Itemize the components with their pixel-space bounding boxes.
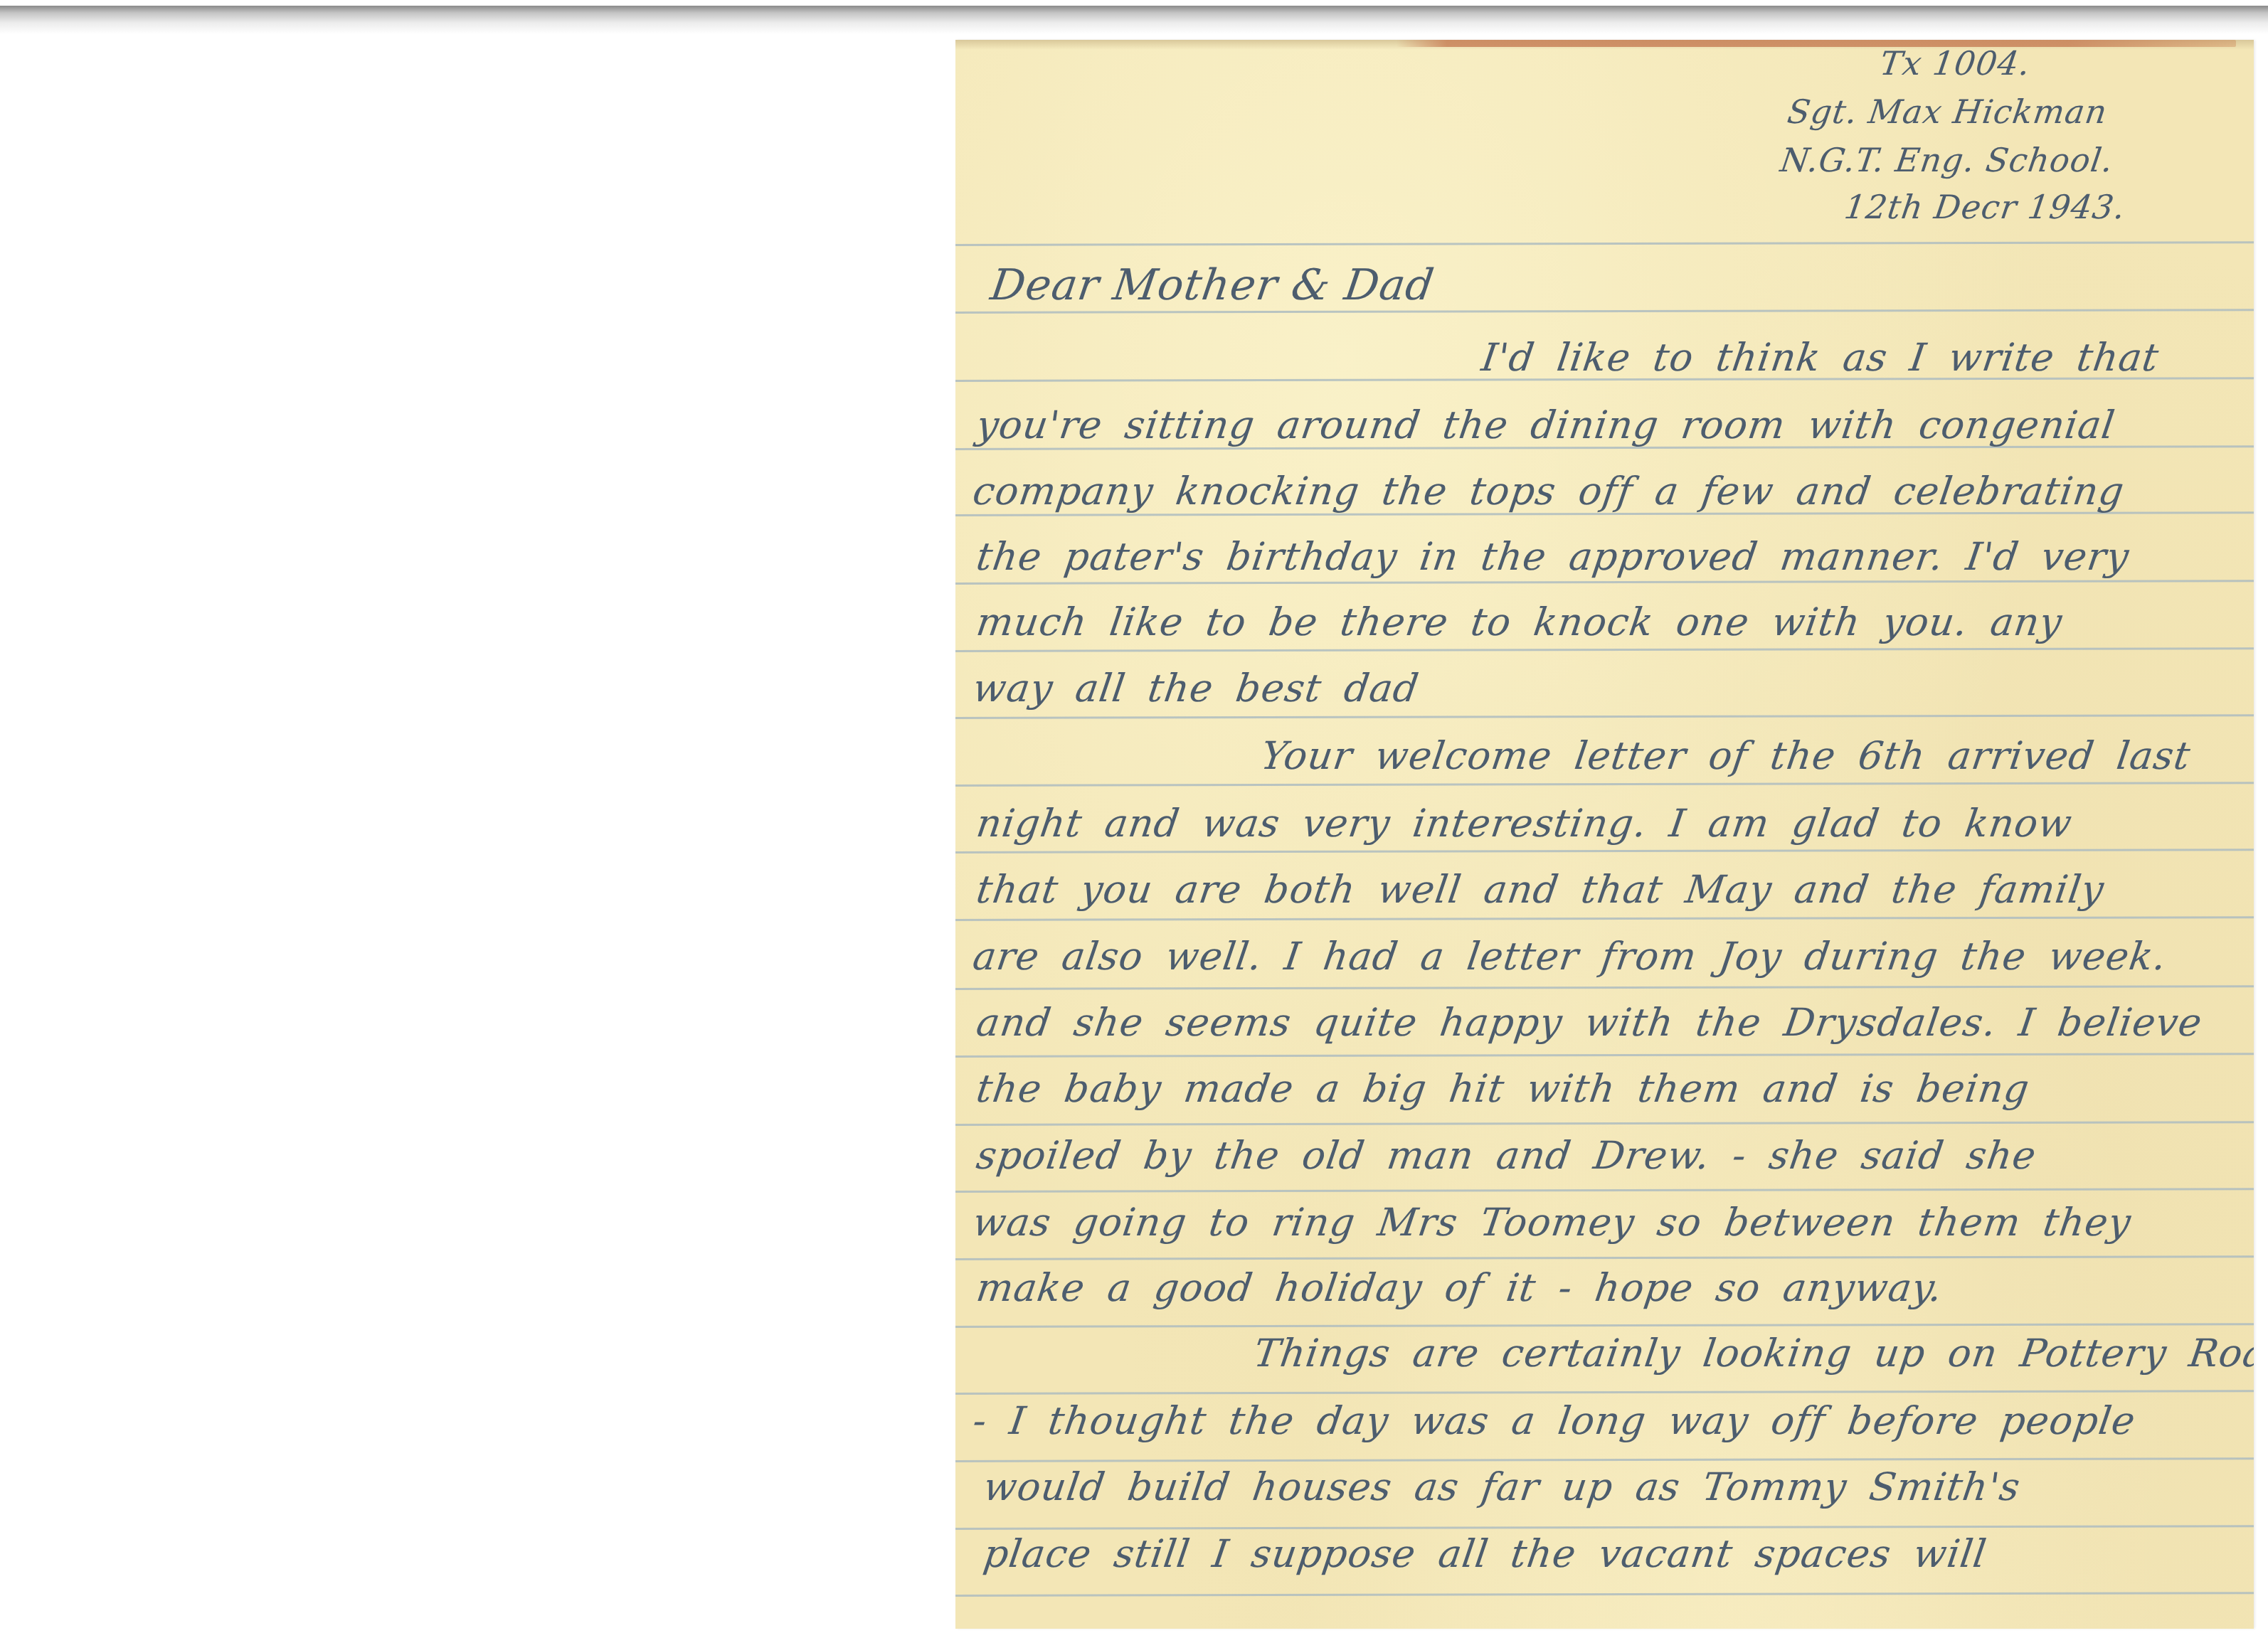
ruled-line bbox=[955, 916, 2254, 921]
letter-line: was going to ring Mrs Toomey so between … bbox=[970, 1203, 2134, 1242]
letter-page: Tx 1004. Sgt. Max Hickman N.G.T. Eng. Sc… bbox=[955, 40, 2254, 1629]
service-number: Tx 1004. bbox=[1878, 47, 2033, 80]
letter-line: make a good holiday of it - hope so anyw… bbox=[974, 1269, 1945, 1307]
letter-line: place still I suppose all the vacant spa… bbox=[981, 1535, 1989, 1573]
ruled-line bbox=[955, 647, 2254, 652]
ruled-line bbox=[955, 1525, 2254, 1530]
letter-line: the pater's birthday in the approved man… bbox=[974, 538, 2131, 576]
letter-line: way all the best dad bbox=[970, 669, 1421, 708]
letter-line: - I thought the day was a long way off b… bbox=[970, 1402, 2138, 1440]
ruled-line bbox=[955, 1188, 2254, 1193]
ruled-line bbox=[955, 1390, 2254, 1395]
ruled-line bbox=[955, 1592, 2254, 1597]
ruled-line bbox=[955, 714, 2254, 719]
letter-line: are also well. I had a letter from Joy d… bbox=[970, 937, 2169, 976]
letter-line: Things are certainly looking up on Potte… bbox=[1251, 1334, 2254, 1373]
letter-line: much like to be there to knock one with … bbox=[974, 603, 2065, 642]
ruled-line bbox=[955, 241, 2254, 246]
ruled-line bbox=[955, 849, 2254, 853]
letter-line: night and was very interesting. I am gla… bbox=[974, 804, 2074, 843]
ruled-line bbox=[955, 1323, 2254, 1328]
salutation: Dear Mother & Dad bbox=[988, 264, 1437, 307]
letter-date: 12th Decr 1943. bbox=[1843, 191, 2128, 223]
letter-line: spoiled by the old man and Drew. - she s… bbox=[974, 1137, 2039, 1175]
scanner-shadow bbox=[0, 6, 2268, 34]
ruled-line bbox=[955, 1255, 2254, 1260]
sender-unit: N.G.T. Eng. School. bbox=[1779, 144, 2116, 176]
sender-name: Sgt. Max Hickman bbox=[1786, 95, 2109, 128]
letter-line: Your welcome letter of the 6th arrived l… bbox=[1258, 737, 2193, 775]
ruled-line bbox=[955, 985, 2254, 990]
letter-line: I'd like to think as I write that bbox=[1479, 339, 2161, 377]
ruled-line bbox=[955, 782, 2254, 787]
letter-line: and she seems quite happy with the Drysd… bbox=[974, 1004, 2205, 1042]
letter-line: would build houses as far up as Tommy Sm… bbox=[981, 1468, 2023, 1506]
letter-line: that you are both well and that May and … bbox=[974, 871, 2107, 909]
ruled-line bbox=[955, 1053, 2254, 1058]
letter-line: the baby made a big hit with them and is… bbox=[974, 1070, 2032, 1108]
ruled-line bbox=[955, 1457, 2254, 1462]
letter-line: you're sitting around the dining room wi… bbox=[974, 406, 2117, 445]
ruled-line bbox=[955, 580, 2254, 585]
stained-top-edge bbox=[1397, 40, 2236, 47]
ruled-line bbox=[955, 1121, 2254, 1126]
letter-line: company knocking the tops off a few and … bbox=[970, 472, 2126, 511]
